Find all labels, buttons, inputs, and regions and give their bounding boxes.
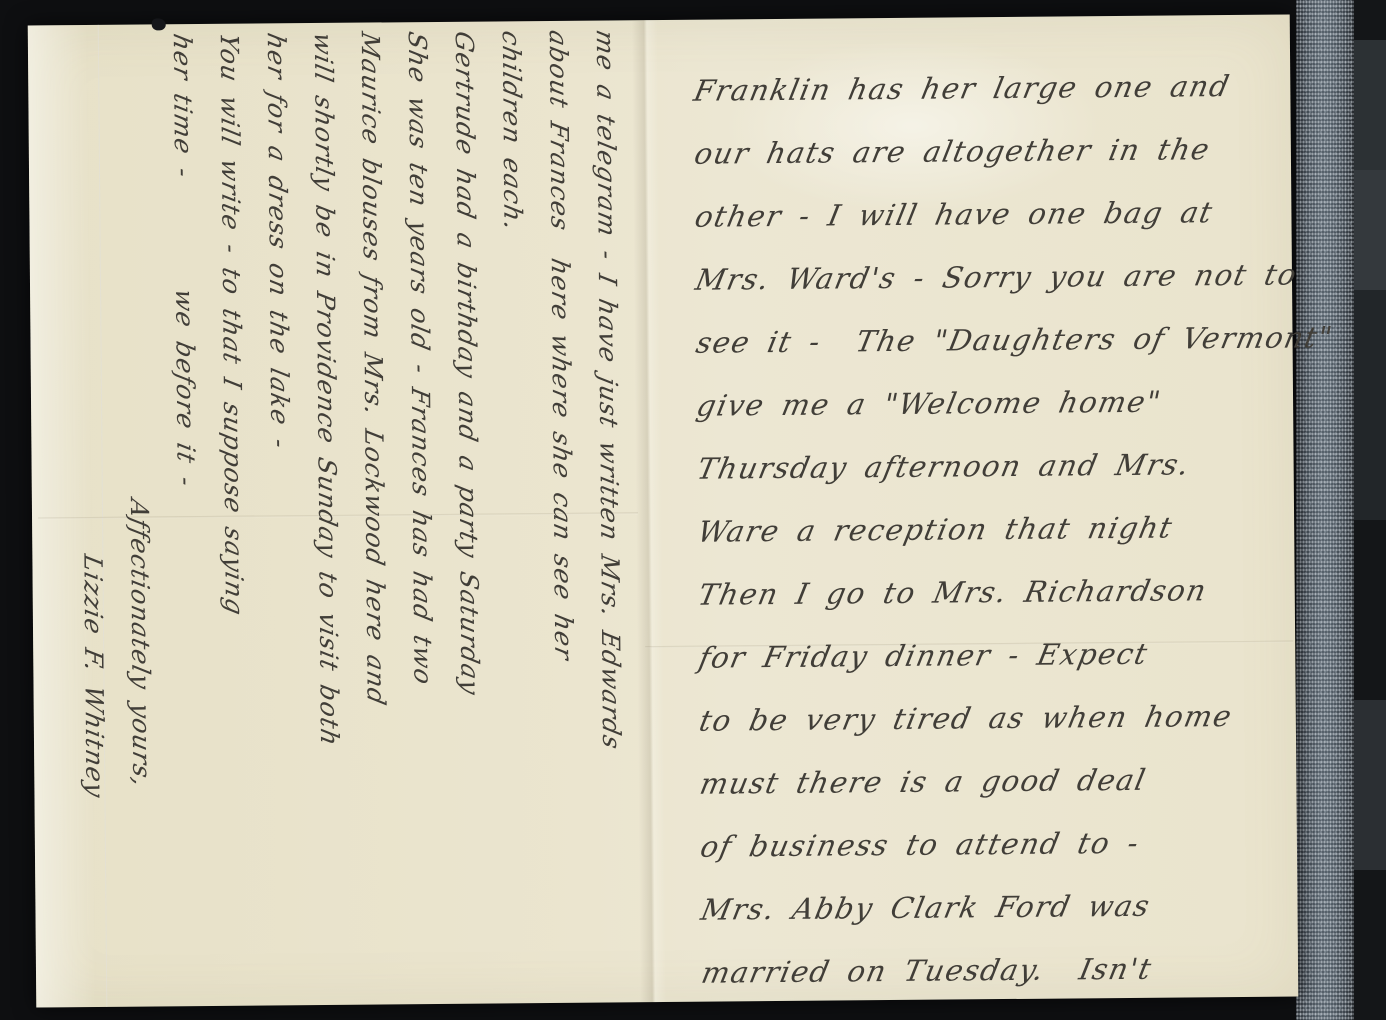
handwritten-line: Ware a reception that night (698, 496, 1285, 564)
handwritten-line: Thursday afternoon and Mrs. (697, 433, 1284, 501)
handwritten-line: must there is a good deal (700, 748, 1287, 816)
handwritten-line: our hats are altogether in the (695, 118, 1282, 186)
handwritten-line: her time - we before it - (159, 34, 214, 982)
handwritten-line: for Friday dinner - Expect (699, 622, 1286, 690)
handwritten-line: Mrs. Ward's - Sorry you are not to (696, 244, 1283, 312)
handwritten-line: Franklin has her large one and (694, 55, 1281, 123)
handwritten-line: give me a "Welcome home" (697, 370, 1284, 438)
letter-sheet: me a telegram - I have just written Mrs.… (28, 15, 1299, 1008)
handwritten-line: of business to attend to - (701, 811, 1288, 879)
handwritten-line: see it - The "Daughters of Vermont" (696, 307, 1283, 375)
center-fold-crease (632, 20, 667, 1002)
handwritten-line: You will write - to that I suppose sayin… (206, 34, 261, 982)
handwritten-line: Then I go to Mrs. Richardson (698, 559, 1285, 627)
handwritten-signature: Lizzie F. Whitney (65, 35, 120, 983)
handwritten-line: married on Tuesday. Isn't (702, 937, 1289, 1005)
handwritten-line: Gertrude had a birthday and a party Satu… (441, 32, 496, 980)
right-page-handwriting: Franklin has her large one and our hats … (694, 55, 1288, 1005)
handwritten-line: will shortly be in Providence Sunday to … (300, 33, 355, 981)
handwritten-line: She was ten years old - Frances has had … (394, 32, 449, 980)
handwritten-line: Mrs. Abby Clark Ford was (701, 874, 1288, 942)
left-page-handwriting: me a telegram - I have just written Mrs.… (63, 30, 637, 983)
handwritten-line: her for a dress on the lake - (253, 33, 308, 981)
handwritten-line: other - I will have one bag at (695, 181, 1282, 249)
letter-scan-viewport: me a telegram - I have just written Mrs.… (0, 0, 1386, 1020)
handwritten-closing: Affectionately yours, (112, 34, 167, 982)
handwritten-line: Maurice blouses from Mrs. Lockwood here … (347, 32, 402, 980)
handwritten-line: to be very tired as when home (700, 685, 1287, 753)
handwritten-line: about Frances here where she can see her (535, 31, 590, 979)
book-spine-edge (1296, 0, 1354, 1020)
handwritten-line: me a telegram - I have just written Mrs.… (582, 30, 637, 978)
handwritten-line: children each. (488, 31, 543, 979)
